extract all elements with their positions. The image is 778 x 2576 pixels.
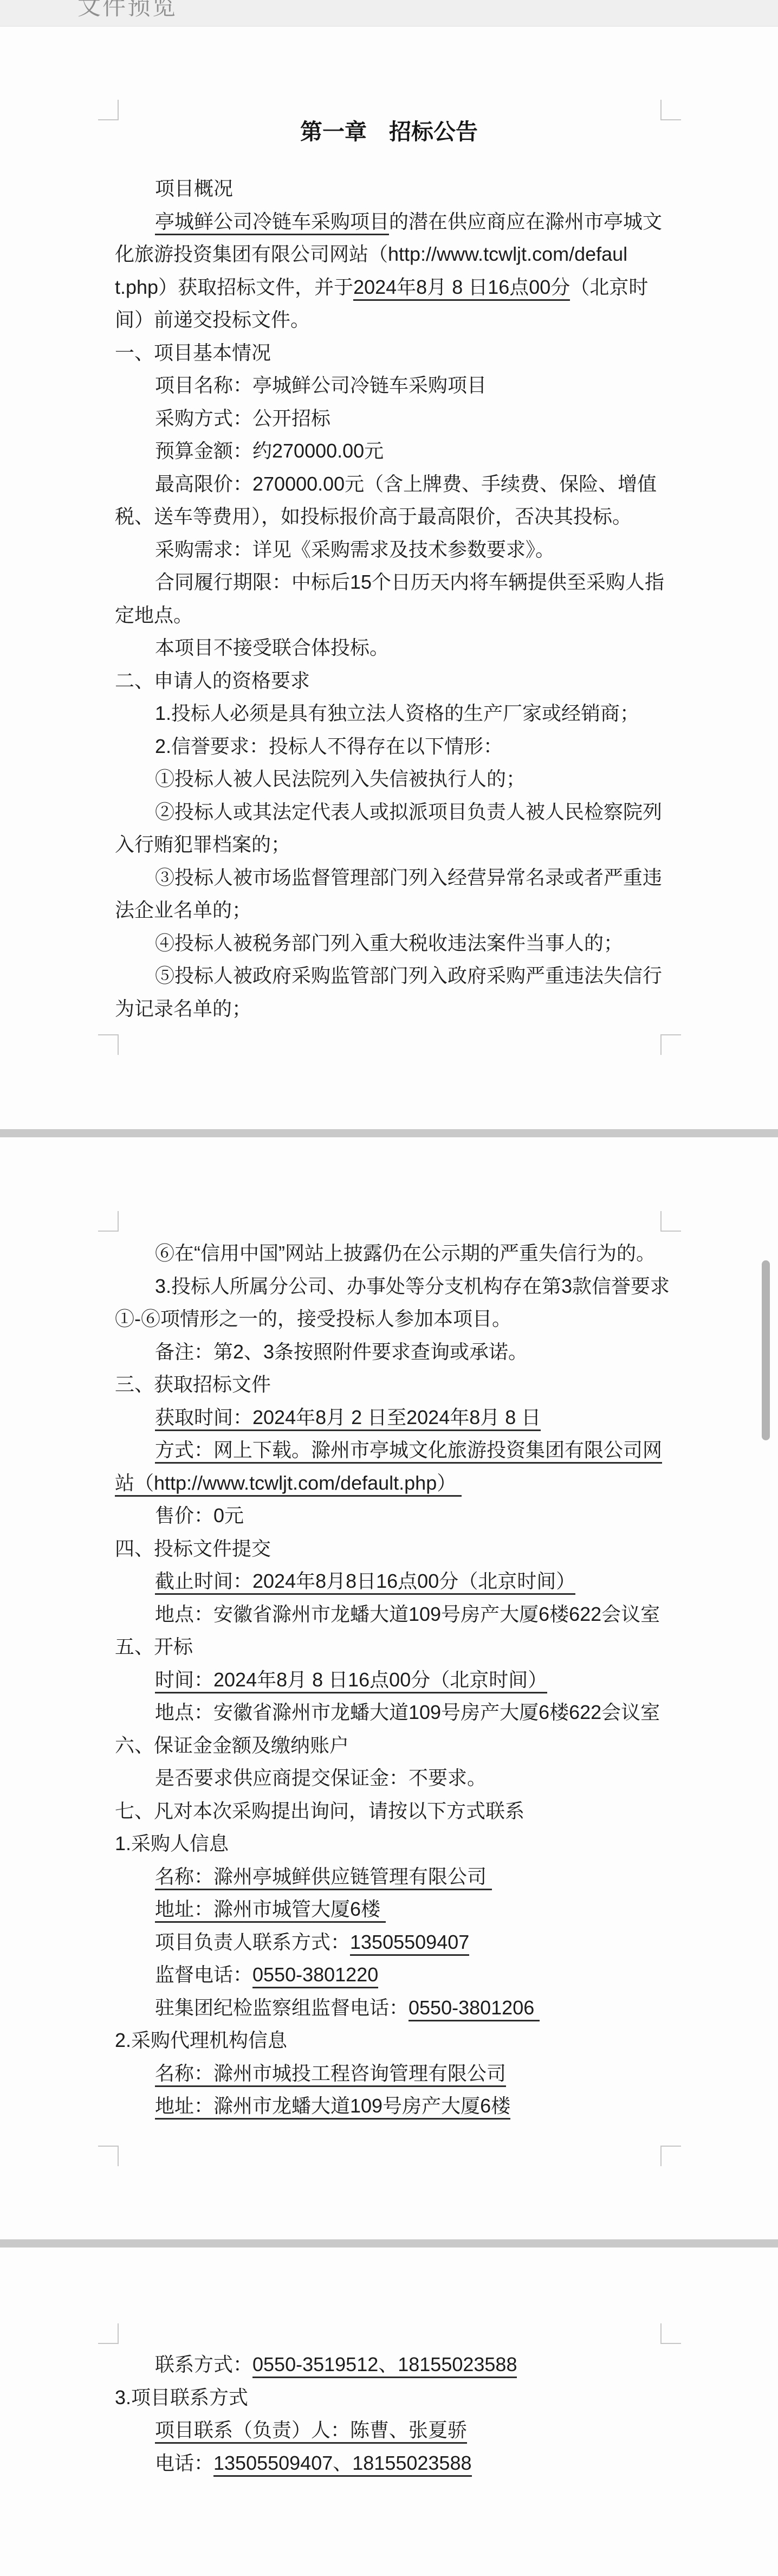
underlined-text: 站（http://www.tcwljt.com/default.php）	[115, 1472, 462, 1497]
text: 地点：安徽省滁州市龙蟠大道109号房产大厦6楼622会议室	[155, 1701, 660, 1723]
doc-line: 定地点。	[0, 599, 778, 632]
doc-line: 方式：网上下载。滁州市亭城文化旅游投资集团有限公司网	[0, 1434, 778, 1467]
doc-line: ③投标人被市场监督管理部门列入经营异常名录或者严重违	[0, 861, 778, 894]
doc-line: ④投标人被税务部门列入重大税收违法案件当事人的；	[0, 927, 778, 960]
doc-line: 七、凡对本次采购提出询问，请按以下方式联系	[0, 1795, 778, 1828]
doc-line: 是否要求供应商提交保证金：不要求。	[0, 1762, 778, 1795]
text: 3.项目联系方式	[115, 2386, 248, 2408]
doc-line: 2.信誉要求：投标人不得存在以下情形：	[0, 730, 778, 763]
text: 二、申请人的资格要求	[115, 669, 310, 692]
doc-line: 三、获取招标文件	[0, 1368, 778, 1401]
doc-line: 地点：安徽省滁州市龙蟠大道109号房产大厦6楼622会议室	[0, 1598, 778, 1631]
doc-line: 2.采购代理机构信息	[0, 2024, 778, 2057]
text: ②投标人或其法定代表人或拟派项目负责人被人民检察院列	[155, 801, 662, 823]
underlined-text: 0550-3801206	[409, 1997, 540, 2021]
doc-line: 采购方式：公开招标	[0, 402, 778, 435]
scrollbar-thumb[interactable]	[762, 1260, 770, 1440]
doc-line: 项目联系（负责）人：陈曹、张夏骄	[0, 2414, 778, 2447]
underlined-text: 项目联系（负责）人：陈曹、张夏骄	[155, 2419, 467, 2444]
page-separator	[0, 1129, 778, 1137]
crop-mark-top-left-icon	[98, 2323, 119, 2344]
text: 监督电话：	[155, 1963, 252, 1986]
doc-line: 化旅游投资集团有限公司网站（http://www.tcwljt.com/defa…	[0, 238, 778, 271]
text: 项目负责人联系方式：	[155, 1931, 350, 1953]
crop-mark-bottom-right-icon	[660, 2146, 681, 2166]
doc-line: 名称：滁州亭城鲜供应链管理有限公司	[0, 1860, 778, 1894]
text: 化旅游投资集团有限公司网站（http://www.tcwljt.com/defa…	[115, 243, 627, 265]
doc-line: ②投标人或其法定代表人或拟派项目负责人被人民检察院列	[0, 796, 778, 829]
file-preview-screen: 文件预览 第一章 招标公告 项目概况亭城鲜公司冷链车采购项目的潜在供应商应在滁州…	[0, 0, 778, 2576]
text: 预算金额：约270000.00元	[155, 440, 384, 462]
doc-line: 采购需求：详见《采购需求及技术参数要求》。	[0, 533, 778, 566]
text: 项目概况	[155, 177, 233, 199]
doc-line: 预算金额：约270000.00元	[0, 435, 778, 468]
text: （北京时	[570, 276, 648, 298]
doc-line: 驻集团纪检监察组监督电话：0550-3801206	[0, 1992, 778, 2025]
text: t.php）获取招标文件，并于	[115, 276, 353, 298]
preview-header-title: 文件预览	[77, 0, 177, 22]
text: 2.采购代理机构信息	[115, 2029, 287, 2051]
doc-line: 1.投标人必须是具有独立法人资格的生产厂家或经销商；	[0, 697, 778, 730]
text: ④投标人被税务部门列入重大税收违法案件当事人的；	[155, 932, 623, 954]
underlined-text: 13505509407	[350, 1931, 469, 1956]
doc-line: 截止时间：2024年8月8日16点00分（北京时间）	[0, 1565, 778, 1598]
underlined-text: 亭城鲜公司冷链车采购项目	[155, 210, 389, 235]
text: ⑤投标人被政府采购监管部门列入政府采购严重违法失信行	[155, 964, 662, 987]
page-lines: 联系方式：0550-3519512、181550235883.项目联系方式项目联…	[0, 2348, 778, 2480]
doc-line: ⑤投标人被政府采购监管部门列入政府采购严重违法失信行	[0, 959, 778, 993]
text: 四、投标文件提交	[115, 1537, 271, 1560]
doc-line: 项目负责人联系方式：13505509407	[0, 1926, 778, 1959]
text: 七、凡对本次采购提出询问，请按以下方式联系	[115, 1800, 524, 1822]
underlined-text: 截止时间：2024年8月8日16点00分（北京时间）	[155, 1570, 575, 1595]
document-page-3: 联系方式：0550-3519512、181550235883.项目联系方式项目联…	[0, 2247, 778, 2576]
text: 本项目不接受联合体投标。	[155, 636, 389, 659]
doc-line: 时间：2024年8月 8 日16点00分（北京时间）	[0, 1664, 778, 1697]
text: 六、保证金金额及缴纳账户	[115, 1734, 349, 1756]
preview-header: 文件预览	[0, 0, 778, 27]
doc-line: 入行贿犯罪档案的；	[0, 828, 778, 861]
document-page-2: ⑥在“信用中国”网站上披露仍在公示期的严重失信行为的。3.投标人所属分公司、办事…	[0, 1137, 778, 2239]
doc-line: 项目名称：亭城鲜公司冷链车采购项目	[0, 369, 778, 402]
text: ①-⑥项情形之一的，接受投标人参加本项目。	[115, 1308, 511, 1330]
underlined-text: 获取时间：2024年8月 2 日至2024年8月 8 日	[155, 1406, 541, 1431]
doc-line: 间）前递交投标文件。	[0, 304, 778, 337]
text: 为记录名单的；	[115, 997, 251, 1020]
doc-line: ①-⑥项情形之一的，接受投标人参加本项目。	[0, 1303, 778, 1336]
text: 备注：第2、3条按照附件要求查询或承诺。	[155, 1341, 528, 1363]
text: 一、项目基本情况	[115, 342, 271, 364]
doc-line: 站（http://www.tcwljt.com/default.php）	[0, 1467, 778, 1500]
doc-line: 售价：0元	[0, 1499, 778, 1532]
text: 最高限价：270000.00元（含上牌费、手续费、保险、增值	[155, 473, 657, 495]
doc-line: 税、送车等费用），如投标报价高于最高限价，否决其投标。	[0, 500, 778, 533]
text: 定地点。	[115, 604, 193, 626]
crop-mark-top-right-icon	[660, 2323, 681, 2344]
text: 地点：安徽省滁州市龙蟠大道109号房产大厦6楼622会议室	[155, 1603, 660, 1625]
doc-line: 亭城鲜公司冷链车采购项目的潜在供应商应在滁州市亭城文	[0, 205, 778, 239]
text: 3.投标人所属分公司、办事处等分支机构存在第3款信誉要求	[155, 1275, 670, 1297]
doc-line: 二、申请人的资格要求	[0, 665, 778, 698]
underlined-text: 地址：滁州市龙蟠大道109号房产大厦6楼	[155, 2095, 510, 2120]
doc-line: 最高限价：270000.00元（含上牌费、手续费、保险、增值	[0, 468, 778, 501]
text: 间）前递交投标文件。	[115, 308, 310, 331]
text: 2.信誉要求：投标人不得存在以下情形：	[155, 735, 503, 757]
doc-line: 名称：滁州市城投工程咨询管理有限公司	[0, 2057, 778, 2090]
underlined-text: 名称：滁州亭城鲜供应链管理有限公司	[155, 1865, 492, 1890]
text: ⑥在“信用中国”网站上披露仍在公示期的严重失信行为的。	[155, 1242, 656, 1264]
text: 驻集团纪检监察组监督电话：	[155, 1997, 409, 2019]
document-page-1: 第一章 招标公告 项目概况亭城鲜公司冷链车采购项目的潜在供应商应在滁州市亭城文化…	[0, 26, 778, 1129]
doc-line: 五、开标	[0, 1631, 778, 1664]
text: 采购方式：公开招标	[155, 407, 330, 429]
text: 项目名称：亭城鲜公司冷链车采购项目	[155, 374, 487, 396]
text: 入行贿犯罪档案的；	[115, 833, 290, 855]
underlined-text: 名称：滁州市城投工程咨询管理有限公司	[155, 2062, 506, 2087]
doc-line: 地址：滁州市城管大厦6楼	[0, 1893, 778, 1926]
underlined-text: 0550-3801220	[252, 1963, 378, 1988]
doc-line: 联系方式：0550-3519512、18155023588	[0, 2348, 778, 2381]
doc-line: 监督电话：0550-3801220	[0, 1959, 778, 1992]
doc-line: 1.采购人信息	[0, 1827, 778, 1860]
text: 采购需求：详见《采购需求及技术参数要求》。	[155, 538, 555, 561]
underlined-text: 时间：2024年8月 8 日16点00分（北京时间）	[155, 1669, 547, 1693]
doc-line: 为记录名单的；	[0, 993, 778, 1026]
crop-mark-bottom-left-icon	[98, 2146, 119, 2166]
doc-line: 一、项目基本情况	[0, 337, 778, 370]
text: 1.投标人必须是具有独立法人资格的生产厂家或经销商；	[155, 702, 639, 724]
doc-line: 合同履行期限：中标后15个日历天内将车辆提供至采购人指	[0, 566, 778, 599]
doc-line: ①投标人被人民法院列入失信被执行人的；	[0, 763, 778, 796]
crop-mark-bottom-right-icon	[660, 1034, 681, 1055]
text: 1.采购人信息	[115, 1832, 229, 1854]
text: 是否要求供应商提交保证金：不要求。	[155, 1767, 487, 1789]
underlined-text: 0550-3519512、18155023588	[252, 2353, 517, 2378]
text: 的潜在供应商应在滁州市亭城文	[389, 210, 662, 233]
doc-line: 3.项目联系方式	[0, 2381, 778, 2414]
text: 联系方式：	[155, 2353, 252, 2375]
crop-mark-top-left-icon	[98, 1211, 119, 1232]
text: 税、送车等费用），如投标报价高于最高限价，否决其投标。	[115, 505, 632, 527]
text: 法企业名单的；	[115, 899, 251, 921]
underlined-text: 地址：滁州市城管大厦6楼	[155, 1898, 386, 1923]
doc-line: 法企业名单的；	[0, 894, 778, 927]
doc-line: 电话：13505509407、18155023588	[0, 2447, 778, 2480]
text: 电话：	[155, 2452, 213, 2474]
doc-line: 六、保证金金额及缴纳账户	[0, 1729, 778, 1762]
page-lines: 项目概况亭城鲜公司冷链车采购项目的潜在供应商应在滁州市亭城文化旅游投资集团有限公…	[0, 172, 778, 1025]
text: 合同履行期限：中标后15个日历天内将车辆提供至采购人指	[155, 571, 664, 593]
page-lines: ⑥在“信用中国”网站上披露仍在公示期的严重失信行为的。3.投标人所属分公司、办事…	[0, 1237, 778, 2123]
doc-line: 获取时间：2024年8月 2 日至2024年8月 8 日	[0, 1401, 778, 1434]
text: ①投标人被人民法院列入失信被执行人的；	[155, 768, 526, 790]
underlined-text: 13505509407、18155023588	[213, 2452, 471, 2477]
doc-line: t.php）获取招标文件，并于2024年8月 8 日16点00分（北京时	[0, 271, 778, 304]
doc-line: 地点：安徽省滁州市龙蟠大道109号房产大厦6楼622会议室	[0, 1696, 778, 1729]
doc-line: 项目概况	[0, 172, 778, 205]
doc-line: 备注：第2、3条按照附件要求查询或承诺。	[0, 1336, 778, 1369]
doc-line: ⑥在“信用中国”网站上披露仍在公示期的严重失信行为的。	[0, 1237, 778, 1270]
doc-line: 四、投标文件提交	[0, 1532, 778, 1566]
doc-line: 本项目不接受联合体投标。	[0, 632, 778, 665]
underlined-text: 方式：网上下载。滁州市亭城文化旅游投资集团有限公司网	[155, 1439, 662, 1464]
page-separator	[0, 2239, 778, 2247]
underlined-text: 2024年8月 8 日16点00分	[353, 276, 570, 301]
doc-line: 3.投标人所属分公司、办事处等分支机构存在第3款信誉要求	[0, 1270, 778, 1303]
doc-line: 地址：滁州市龙蟠大道109号房产大厦6楼	[0, 2090, 778, 2123]
text: 三、获取招标文件	[115, 1373, 271, 1395]
document-title: 第一章 招标公告	[0, 117, 778, 147]
crop-mark-top-right-icon	[660, 1211, 681, 1232]
text: ③投标人被市场监督管理部门列入经营异常名录或者严重违	[155, 866, 662, 888]
crop-mark-bottom-left-icon	[98, 1034, 119, 1055]
text: 售价：0元	[155, 1504, 244, 1527]
text: 五、开标	[115, 1635, 193, 1658]
